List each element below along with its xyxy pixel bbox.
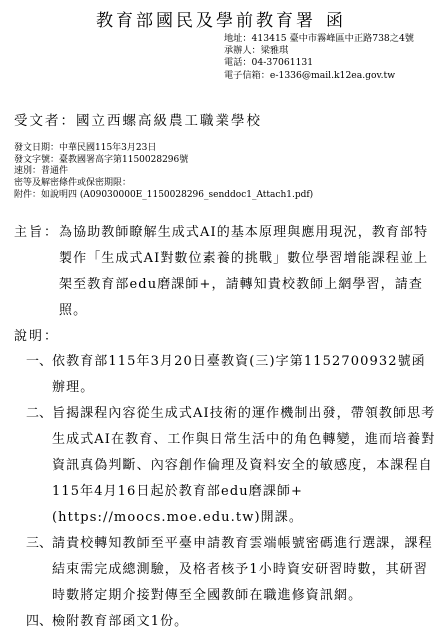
contact-phone: 電話：04-37061131 <box>224 57 439 69</box>
explanation-list: 一、 依教育部115年3月20日臺教資(三)字第1152700932號函辦理。 … <box>26 349 436 635</box>
explanation-item: 二、 旨揭課程內容從生成式AI技術的運作機制出發，帶領教師思考生成式AI在教育、… <box>26 401 436 531</box>
document-number: 發文字號：臺教國署高字第1150028296號 <box>14 155 313 167</box>
item-text: 請貴校轉知教師至平臺申請教育雲端帳號密碼進行選課，課程結束需完成總測驗，及格者核… <box>52 531 436 609</box>
subject-label: 主旨： <box>14 220 59 246</box>
item-number: 三、 <box>26 531 52 557</box>
item-number: 四、 <box>26 609 52 635</box>
item-text: 旨揭課程內容從生成式AI技術的運作機制出發，帶領教師思考生成式AI在教育、工作與… <box>52 401 436 531</box>
contact-address: 地址：413415 臺中市霧峰區中正路738之4號 <box>224 33 439 45</box>
item-text: 檢附教育部函文1份。 <box>52 609 436 635</box>
agency-name: 教育部國民及學前教育署 <box>96 11 316 31</box>
contact-email[interactable]: 電子信箱：e-1336@mail.k12ea.gov.tw <box>224 70 439 82</box>
item-number: 二、 <box>26 401 52 427</box>
subject-section: 主旨： 為協助教師瞭解生成式AI的基本原理與應用現況，教育部特製作「生成式AI對… <box>14 220 434 324</box>
explanation-item: 一、 依教育部115年3月20日臺教資(三)字第1152700932號函辦理。 <box>26 349 436 401</box>
item-number: 一、 <box>26 349 52 375</box>
contact-handler: 承辦人：梁雅琪 <box>224 45 439 57</box>
item-text: 依教育部115年3月20日臺教資(三)字第1152700932號函辦理。 <box>52 349 436 401</box>
official-letter-page: 教育部國民及學前教育署函 地址：413415 臺中市霧峰區中正路738之4號 承… <box>0 0 442 635</box>
document-metadata: 發文日期：中華民國115年3月23日 發文字號：臺教國署高字第115002829… <box>14 143 313 202</box>
explanation-label: 說明： <box>14 327 59 347</box>
delivery-speed: 速別：普通件 <box>14 166 313 178</box>
document-type: 函 <box>326 11 346 31</box>
issue-date: 發文日期：中華民國115年3月23日 <box>14 143 313 155</box>
recipient: 受文者：國立西螺高級農工職業學校 <box>14 112 262 130</box>
contact-block: 地址：413415 臺中市霧峰區中正路738之4號 承辦人：梁雅琪 電話：04-… <box>224 33 439 82</box>
subject-text: 為協助教師瞭解生成式AI的基本原理與應用現況，教育部特製作「生成式AI對數位素養… <box>59 220 434 324</box>
security-level: 密等及解密條件或保密期限： <box>14 178 313 190</box>
letter-header: 教育部國民及學前教育署函 <box>0 10 442 32</box>
attachment-link[interactable]: 附件：如說明四 (A09030000E_1150028296_senddoc1_… <box>14 190 313 202</box>
explanation-item: 四、 檢附教育部函文1份。 <box>26 609 436 635</box>
explanation-item: 三、 請貴校轉知教師至平臺申請教育雲端帳號密碼進行選課，課程結束需完成總測驗，及… <box>26 531 436 609</box>
